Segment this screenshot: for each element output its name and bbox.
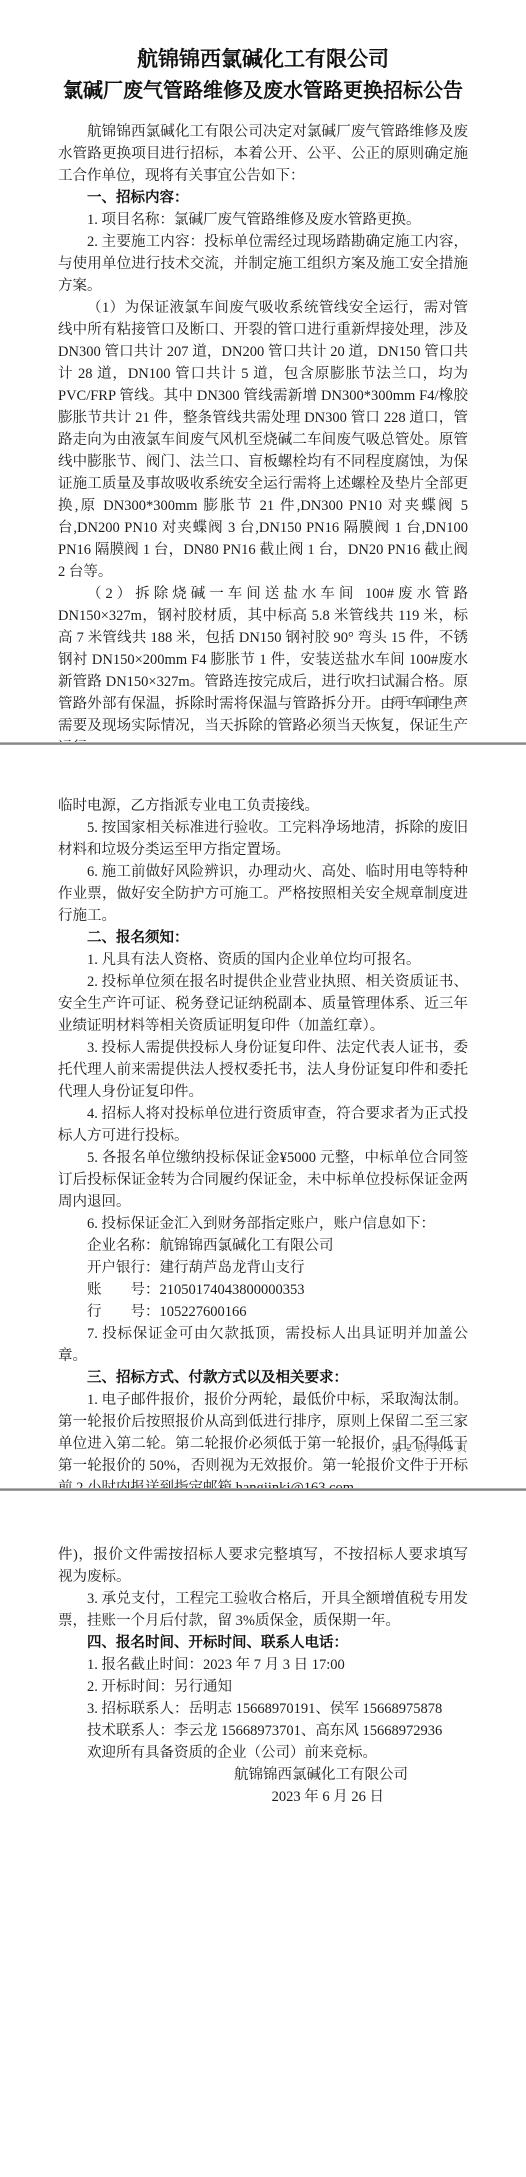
page-number-footer: 第 2 页 共 3 页	[391, 1440, 468, 1455]
doc-title-line1: 航锦锦西氯碱化工有限公司	[58, 44, 468, 75]
paragraph: 3. 招标联系人：岳明志 15668970191、侯军 15668975878	[58, 1698, 468, 1720]
bank-account-line: 账 号：21050174043800000353	[58, 1279, 468, 1301]
paragraph: 6. 施工前做好风险辨识，办理动火、高处、临时用电等特种作业票，做好安全防护方可…	[58, 861, 468, 927]
signature-date: 2023 年 6 月 26 日	[58, 1786, 468, 1809]
paragraph: 6. 投标保证金汇入到财务部指定账户，账户信息如下：	[58, 1213, 468, 1235]
paragraph: （1）为保证液氯车间废气吸收系统管线安全运行，需对管线中所有粘接管口及断口、开裂…	[58, 297, 468, 583]
page-3: 件)，报价文件需按招标人要求完整填写，不按招标人要求填写视为废标。3. 承兑支付…	[0, 1491, 526, 2177]
page-1: 航锦锦西氯碱化工有限公司氯碱厂废气管路维修及废水管路更换招标公告航锦锦西氯碱化工…	[0, 0, 526, 742]
section-heading: 二、报名须知：	[58, 927, 468, 949]
paragraph: 欢迎所有具备资质的企业（公司）前来竞标。	[58, 1742, 468, 1764]
doc-title-line2: 氯碱厂废气管路维修及废水管路更换招标公告	[58, 75, 468, 108]
paragraph: 2. 投标单位须在报名时提供企业营业执照、相关资质证书、安全生产许可证、税务登记…	[58, 971, 468, 1037]
paragraph-continuation: 临时电源，乙方指派专业电工负责接线。	[58, 795, 468, 817]
paragraph: 2. 开标时间：另行通知	[58, 1676, 468, 1698]
signature-company: 航锦锦西氯碱化工有限公司	[58, 1764, 468, 1786]
section-heading: 三、招标方式、付款方式以及相关要求：	[58, 1367, 468, 1389]
paragraph: 1. 凡具有法人资格、资质的国内企业单位均可报名。	[58, 949, 468, 971]
bank-account-line: 开户银行：建行葫芦岛龙背山支行	[58, 1257, 468, 1279]
paragraph: 技术联系人：李云龙 15668973701、高东风 15668972936	[58, 1720, 468, 1742]
bank-account-line: 企业名称：航锦锦西氯碱化工有限公司	[58, 1235, 468, 1257]
document-pages: 航锦锦西氯碱化工有限公司氯碱厂废气管路维修及废水管路更换招标公告航锦锦西氯碱化工…	[0, 0, 526, 2177]
paragraph: 航锦锦西氯碱化工有限公司决定对氯碱厂废气管路维修及废水管路更换项目进行招标，本着…	[58, 121, 468, 187]
paragraph: 1. 项目名称：氯碱厂废气管路维修及废水管路更换。	[58, 209, 468, 231]
paragraph: 7. 投标保证金可由欠款抵顶，需投标人出具证明并加盖公章。	[58, 1323, 468, 1367]
paragraph: 1. 报名截止时间：2023 年 7 月 3 日 17:00	[58, 1654, 468, 1676]
page-number-footer: 第 1 页 共 3 页	[391, 694, 468, 709]
paragraph: 4. 招标人将对投标单位进行资质审查，符合要求者为正式投标人方可进行投标。	[58, 1103, 468, 1147]
section-heading: 四、报名时间、开标时间、联系人电话：	[58, 1632, 468, 1654]
paragraph: 5. 各报名单位缴纳投标保证金¥5000 元整，中标单位合同签订后投标保证金转为…	[58, 1147, 468, 1213]
paragraph: 3. 投标人需提供投标人身份证复印件、法定代表人证书，委托代理人前来需提供法人授…	[58, 1037, 468, 1103]
paragraph: 5. 按国家相关标准进行验收。工完料净场地清，拆除的废旧材料和垃圾分类运至甲方指…	[58, 817, 468, 861]
page-2: 临时电源，乙方指派专业电工负责接线。5. 按国家相关标准进行验收。工完料净场地清…	[0, 745, 526, 1488]
paragraph: 3. 承兑支付，工程完工验收合格后，开具全额增值税专用发票，挂账一个月后付款，留…	[58, 1588, 468, 1632]
bank-account-line: 行 号：105227600166	[58, 1301, 468, 1323]
paragraph-continuation: 件)，报价文件需按招标人要求完整填写，不按招标人要求填写视为废标。	[58, 1544, 468, 1588]
paragraph: 2. 主要施工内容：投标单位需经过现场踏勘确定施工内容，与使用单位进行技术交流，…	[58, 231, 468, 297]
paragraph: 1. 电子邮件报价，报价分两轮，最低价中标，采取淘汰制。第一轮报价后按照报价从高…	[58, 1389, 468, 1488]
paragraph: （2）拆除烧碱一车间送盐水车间 100#废水管路 DN150×327m，钢衬胶材…	[58, 583, 468, 742]
section-heading: 一、招标内容：	[58, 187, 468, 209]
